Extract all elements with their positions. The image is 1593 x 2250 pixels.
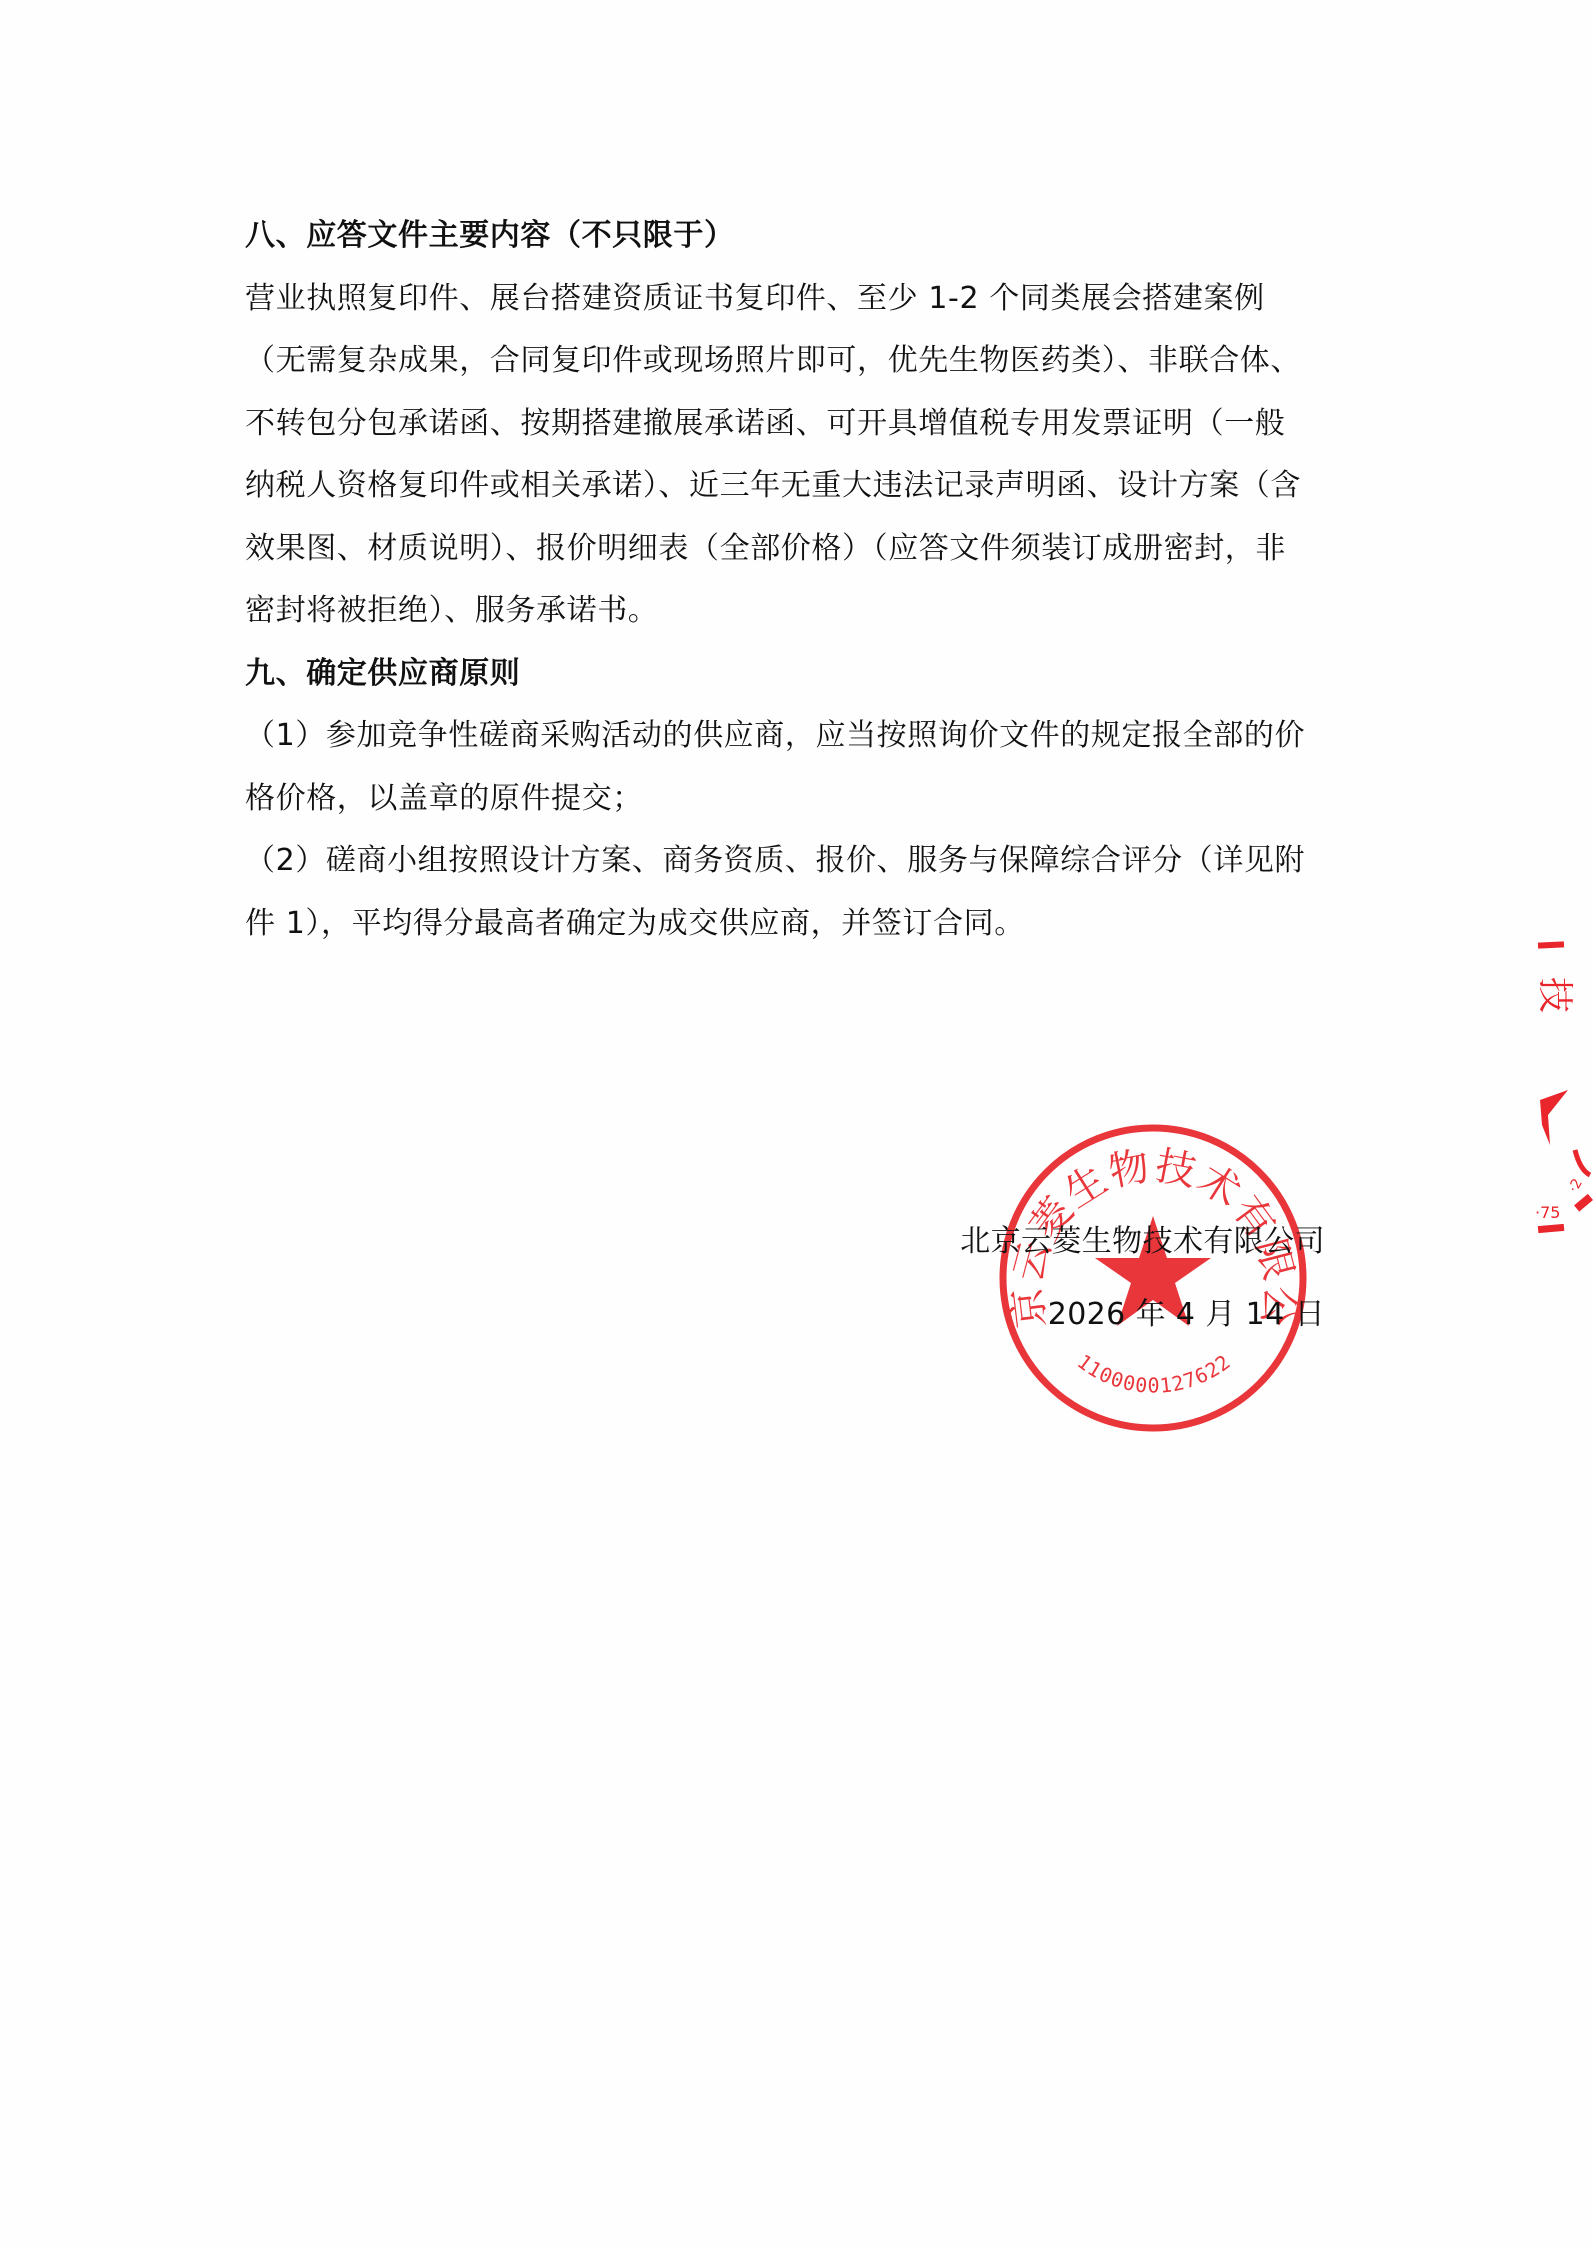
seal-code: 1100000127622: [1073, 1349, 1236, 1397]
section-heading-9: 九、确定供应商原则: [245, 643, 1325, 706]
paragraph-line: （1）参加竞争性磋商采购活动的供应商，应当按照询价文件的规定报全部的价: [245, 705, 1325, 768]
side-seal-num-1: ·2: [1565, 1176, 1586, 1196]
paragraph-line: 营业执照复印件、展台搭建资质证书复印件、至少 1-2 个同类展会搭建案例: [245, 268, 1325, 331]
document-body: 八、应答文件主要内容（不只限于） 营业执照复印件、展台搭建资质证书复印件、至少 …: [245, 205, 1325, 955]
document-page: 八、应答文件主要内容（不只限于） 营业执照复印件、展台搭建资质证书复印件、至少 …: [0, 0, 1593, 2250]
paragraph-line: 格价格，以盖章的原件提交；: [245, 768, 1325, 831]
paragraph-line: 密封将被拒绝）、服务承诺书。: [245, 580, 1325, 643]
paragraph-line: （2）磋商小组按照设计方案、商务资质、报价、服务与保障综合评分（详见附: [245, 830, 1325, 893]
side-seal-num-2: ·75: [1535, 1203, 1560, 1222]
paragraph-line: 件 1），平均得分最高者确定为成交供应商，并签订合同。: [245, 893, 1325, 956]
paragraph-line: 不转包分包承诺函、按期搭建撤展承诺函、可开具增值税专用发票证明（一般: [245, 393, 1325, 456]
svg-text:1100000127622: 1100000127622: [1073, 1349, 1236, 1397]
side-seal-char: 技: [1534, 977, 1575, 1013]
cross-page-seal-icon: 技 ·2 ·75: [1520, 900, 1593, 1240]
signature-block: 北京云菱生物技术有限公司 2026 年 4 月 14 日: [940, 1205, 1325, 1351]
paragraph-line: （无需复杂成果，合同复印件或现场照片即可，优先生物医药类）、非联合体、: [245, 330, 1325, 393]
section-heading-8: 八、应答文件主要内容（不只限于）: [245, 205, 1325, 268]
paragraph-line: 纳税人资格复印件或相关承诺）、近三年无重大违法记录声明函、设计方案（含: [245, 455, 1325, 518]
signature-company: 北京云菱生物技术有限公司: [940, 1205, 1325, 1278]
signature-date: 2026 年 4 月 14 日: [940, 1278, 1325, 1351]
paragraph-line: 效果图、材质说明）、报价明细表（全部价格）（应答文件须装订成册密封，非: [245, 518, 1325, 581]
